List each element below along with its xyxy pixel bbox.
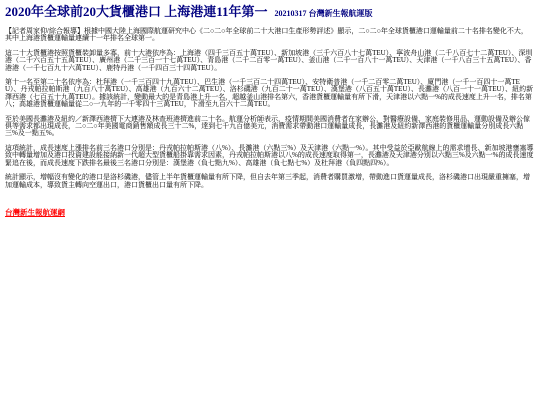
article-paragraph-ports-11-20: 第十一名至第二十名依序為：杜拜港（一千三百四十九萬TEU）、巴生港（一千三百二十… bbox=[5, 79, 534, 109]
source-link-row: 台灣新生報航運網 bbox=[5, 202, 534, 220]
article-header: 2020年全球前20大貨櫃港口 上海港連11年第一 20210317 台灣新生報… bbox=[5, 5, 534, 21]
article-title: 2020年全球前20大貨櫃港口 上海港連11年第一 bbox=[5, 4, 268, 19]
article-paragraph-us-ports: 至於美國長灘港及紐約／新澤西港擠下大連港及林查班港擠進前二十名。航運分析師表示，… bbox=[5, 116, 534, 138]
article-paragraph-los-angeles: 統計顯示，增幅沒有變化的港口是洛杉磯港，儘管上半年貨櫃運輸量有所下降，但自去年第… bbox=[5, 174, 534, 189]
source-link[interactable]: 台灣新生報航運網 bbox=[5, 208, 65, 217]
article-paragraph-top10-ports: 這二十大貨櫃港按照貨櫃裝卸量多寡，前十大港依序為：上海港（四千三百五十萬TEU）… bbox=[5, 50, 534, 72]
article-page: 2020年全球前20大貨櫃港口 上海港連11年第一 20210317 台灣新生報… bbox=[0, 0, 540, 220]
article-paragraph-growth-rates: 這項統計，成長速度上漲排名前三名港口分別是：丹戎帕拉帕斯港（八%）、長灘港（六點… bbox=[5, 145, 534, 167]
article-paragraph-intro: 【記者周家仰/綜合報導】根據中國大陸上海國際航運研究中心《二○二○年全球前二十大… bbox=[5, 28, 534, 43]
article-body: 【記者周家仰/綜合報導】根據中國大陸上海國際航運研究中心《二○二○年全球前二十大… bbox=[5, 28, 534, 189]
article-date-source: 20210317 台灣新生報航運版 bbox=[275, 9, 373, 18]
